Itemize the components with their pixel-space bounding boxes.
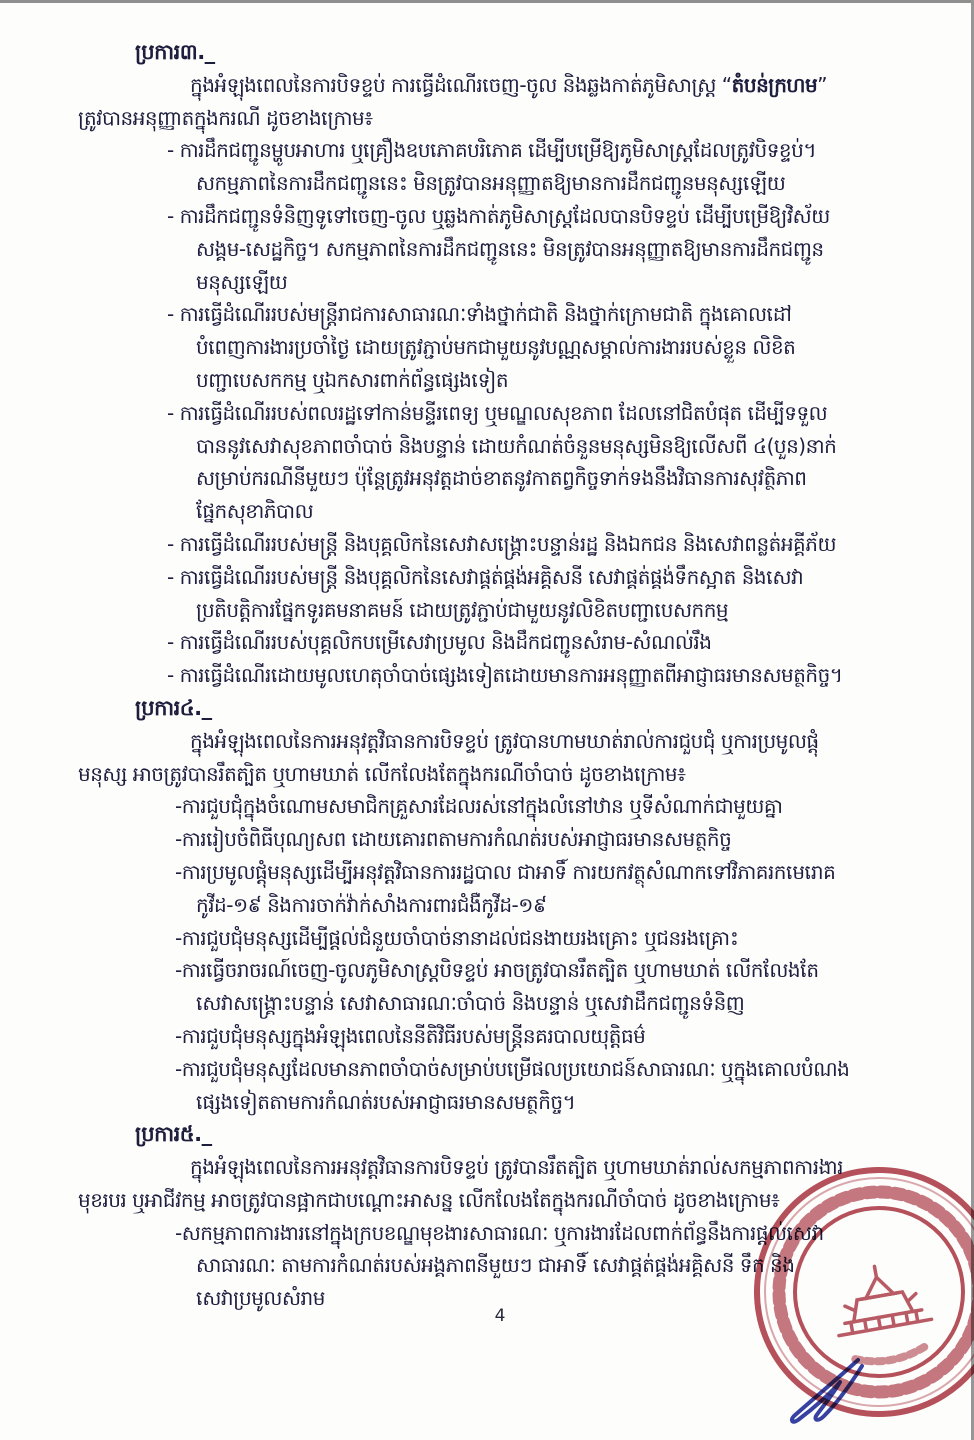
doc-line: -ការជួបជុំមនុស្សដែលមានភាពចាំបាច់សម្រាប់ប…	[175, 1053, 974, 1086]
doc-line: -ការជួបជុំមនុស្សក្នុងអំឡុងពេលនៃនីតិវិធីរ…	[175, 1020, 974, 1053]
doc-line: មនុស្ស អាចត្រូវបានរឹតត្បិត ឬហាមឃាត់ លើកល…	[78, 758, 974, 791]
article-heading: ប្រការ៤._	[135, 692, 974, 725]
doc-line: -ការរៀបចំពិធីបុណ្យសព ដោយគោរពតាមការកំណត់រ…	[175, 823, 974, 856]
doc-line: កូវីដ-១៩ និងការចាក់វ៉ាក់សាំងការពារជំងឺកូ…	[196, 889, 974, 922]
article-heading: ប្រការ៣._	[135, 36, 974, 69]
article-4: ប្រការ៤._ក្នុងអំឡុងពេលនៃការអនុវត្តវិធានក…	[0, 692, 974, 1118]
doc-line: សង្គម-សេដ្ឋកិច្ច។ សកម្មភាពនៃការដឹកជញ្ជូន…	[196, 233, 974, 266]
article-3: ប្រការ៣._ក្នុងអំឡុងពេលនៃការបិទខ្ទប់ ការធ…	[0, 36, 974, 692]
document-body: ប្រការ៣._ក្នុងអំឡុងពេលនៃការបិទខ្ទប់ ការធ…	[0, 36, 974, 1315]
doc-line: បញ្ជាបេសកកម្ម ឬឯកសារពាក់ព័ន្ធផ្សេងទៀត	[196, 364, 974, 397]
doc-line: ផ្នែកសុខាភិបាល	[196, 495, 974, 528]
doc-line: បាននូវសេវាសុខភាពចាំបាច់ និងបន្ទាន់ ដោយកំ…	[196, 430, 974, 463]
doc-line: -ការប្រមូលផ្តុំមនុស្សដើម្បីអនុវត្តវិធានក…	[175, 856, 974, 889]
doc-line: ប្រតិបត្តិការផ្នែកទូរគមនាគមន៍ ដោយត្រូវភ្…	[196, 594, 974, 627]
article-heading: ប្រការ៥._	[135, 1118, 974, 1151]
doc-text-segment: ”	[817, 73, 827, 97]
doc-line: ផ្សេងទៀតតាមការកំណត់របស់អាជ្ញាធរមានសមត្ថក…	[196, 1086, 974, 1119]
doc-line: ក្នុងអំឡុងពេលនៃការបិទខ្ទប់ ការធ្វើដំណើរច…	[190, 69, 974, 102]
doc-line: បំពេញការងារប្រចាំថ្ងៃ ដោយត្រូវភ្ជាប់មកជា…	[196, 331, 974, 364]
page-number: 4	[420, 1306, 580, 1326]
signature-stroke	[770, 1352, 890, 1438]
doc-line: សកម្មភាពនៃការដឹកជញ្ជូននេះ មិនត្រូវបានអនុ…	[196, 167, 974, 200]
doc-line: -ការធ្វើចរាចរណ៍ចេញ-ចូលភូមិសាស្ត្របិទខ្ទប…	[175, 954, 974, 987]
doc-line: - ការធ្វើដំណើរដោយមូលហេតុចាំបាច់ផ្សេងទៀតដ…	[167, 659, 974, 692]
document-page: ប្រការ៣._ក្នុងអំឡុងពេលនៃការបិទខ្ទប់ ការធ…	[0, 0, 974, 1440]
doc-line: - ការធ្វើដំណើររបស់បុគ្គលិកបម្រើសេវាប្រមូ…	[167, 626, 974, 659]
doc-line: - ការធ្វើដំណើររបស់មន្ត្រីរាជការសាធារណៈទា…	[167, 298, 974, 331]
doc-line: ក្នុងអំឡុងពេលនៃការអនុវត្តវិធានការបិទខ្ទប…	[190, 725, 974, 758]
doc-line: - ការដឹកជញ្ជូនម្ហូបអាហារ ឬគ្រឿងឧបភោគបរិភ…	[167, 134, 974, 167]
scan-border-top	[0, 0, 974, 3]
doc-text-segment: ក្នុងអំឡុងពេលនៃការបិទខ្ទប់ ការធ្វើដំណើរច…	[190, 73, 732, 97]
doc-line: - ការធ្វើដំណើររបស់ពលរដ្ឋទៅកាន់មន្ទីរពេទ្…	[167, 397, 974, 430]
doc-line: - ការធ្វើដំណើររបស់មន្ត្រី និងបុគ្គលិកនៃស…	[167, 528, 974, 561]
doc-line: -ការជួបជុំក្នុងចំណោមសមាជិកគ្រួសារដែលរស់ន…	[175, 790, 974, 823]
doc-line: - ការធ្វើដំណើររបស់មន្ត្រី និងបុគ្គលិកនៃស…	[167, 561, 974, 594]
doc-line: ត្រូវបានអនុញ្ញាតក្នុងករណី ដូចខាងក្រោម៖	[78, 102, 974, 135]
doc-line: -ការជួបជុំមនុស្សដើម្បីផ្តល់ជំនួយចាំបាច់ន…	[175, 922, 974, 955]
doc-line: - ការដឹកជញ្ជូនទំនិញទូទៅចេញ-ចូល ឬឆ្លងកាត់…	[167, 200, 974, 233]
doc-line: សេវាសង្គ្រោះបន្ទាន់ សេវាសាធារណៈចាំបាច់ ន…	[196, 987, 974, 1020]
doc-line: សម្រាប់ករណីនីមួយៗ ប៉ុន្តែត្រូវអនុវត្តដាច…	[196, 462, 974, 495]
red-zone-term: តំបន់ក្រហម	[732, 73, 817, 97]
doc-line: មនុស្សឡើយ	[196, 266, 974, 299]
